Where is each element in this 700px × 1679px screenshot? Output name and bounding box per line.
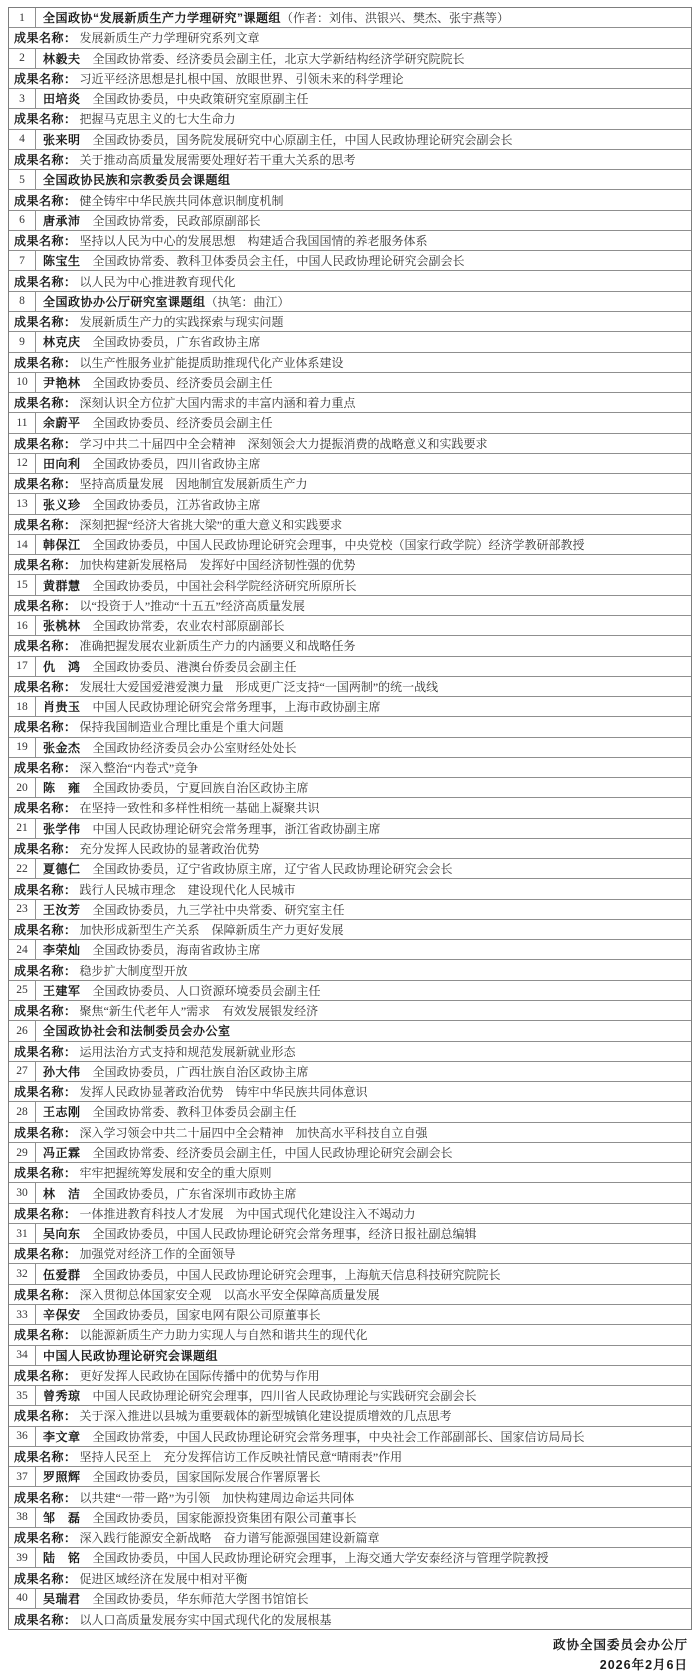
entry-result-row: 成果名称：更好发挥人民政协在国际传播中的优势与作用 xyxy=(9,1366,691,1386)
result-title: 保持我国制造业合理比重是个重大问题 xyxy=(80,718,284,735)
entry-main-cell: 田向利全国政协委员，四川省政协主席 xyxy=(36,455,261,472)
result-label: 成果名称： xyxy=(14,475,77,492)
entry-header-row: 39 陆 铭全国政协委员，中国人民政协理论研究会理事，上海交通大学安泰经济与管理… xyxy=(9,1548,691,1568)
entry-number: 22 xyxy=(9,859,36,878)
entry-main-cell: 辛保安全国政协委员，国家电网有限公司原董事长 xyxy=(36,1306,321,1323)
entry-number: 2 xyxy=(9,49,36,68)
entry-number: 33 xyxy=(9,1305,36,1324)
entry-result-row: 成果名称：深入贯彻总体国家安全观 以高水平安全保障高质量发展 xyxy=(9,1285,691,1305)
entry-result-row: 成果名称：深刻认识全方位扩大国内需求的丰富内涵和着力重点 xyxy=(9,393,691,413)
entry-name: 伍爱群 xyxy=(43,1266,81,1283)
result-title: 牢牢把握统筹发展和安全的重大原则 xyxy=(80,1164,272,1181)
entry-main-cell: 尹艳林全国政协委员、经济委员会副主任 xyxy=(36,374,273,391)
entry-name: 冯正霖 xyxy=(43,1144,81,1161)
entry-main-cell: 林 洁全国政协委员，广东省深圳市政协主席 xyxy=(36,1185,297,1202)
entry-position: 全国政协委员，海南省政协主席 xyxy=(93,941,261,958)
entry-name: 王汝芳 xyxy=(43,901,81,918)
entry-position: 全国政协常委，中国人民政协理论研究会常务理事，中央社会工作部副部长、国家信访局局… xyxy=(93,1428,585,1445)
result-title: 把握马克思主义的七大生命力 xyxy=(80,110,236,127)
result-label: 成果名称： xyxy=(14,151,77,168)
result-title: 加快构建新发展格局 发挥好中国经济韧性强的优势 xyxy=(80,556,356,573)
entry-result-row: 成果名称：以共建“一带一路”为引领 加快构建周边命运共同体 xyxy=(9,1487,691,1507)
entry-number: 6 xyxy=(9,211,36,230)
entry-main-cell: 中国人民政协理论研究会课题组 xyxy=(36,1347,218,1364)
entry-number: 18 xyxy=(9,697,36,716)
entry-header-row: 36 李文章全国政协常委，中国人民政协理论研究会常务理事，中央社会工作部副部长、… xyxy=(9,1427,691,1447)
entry-header-row: 32 伍爱群全国政协委员，中国人民政协理论研究会理事，上海航天信息科技研究院院长 xyxy=(9,1264,691,1284)
result-label: 成果名称： xyxy=(14,1611,77,1628)
entry-result-row: 成果名称：发展壮大爱国爱港爱澳力量 形成更广泛支持“一国两制”的统一战线 xyxy=(9,677,691,697)
entry-result-row: 成果名称：坚持以人民为中心的发展思想 构建适合我国国情的养老服务体系 xyxy=(9,231,691,251)
entry-header-row: 26 全国政协社会和法制委员会办公室 xyxy=(9,1021,691,1041)
entry-result-row: 成果名称：把握马克思主义的七大生命力 xyxy=(9,109,691,129)
entry-number: 21 xyxy=(9,819,36,838)
entry-number: 10 xyxy=(9,373,36,392)
entry-position: 全国政协委员、经济委员会副主任 xyxy=(93,414,273,431)
entry-number: 28 xyxy=(9,1102,36,1121)
entry-header-row: 4 张来明全国政协委员，国务院发展研究中心原副主任，中国人民政协理论研究会副会长 xyxy=(9,130,691,150)
result-label: 成果名称： xyxy=(14,1326,77,1343)
entry-header-row: 37 罗照辉全国政协委员，国家国际发展合作署原署长 xyxy=(9,1467,691,1487)
entry-name: 张学伟 xyxy=(43,820,81,837)
entry-position: 全国政协委员，中国人民政协理论研究会理事，上海交通大学安泰经济与管理学院教授 xyxy=(93,1549,549,1566)
entry-name: 林克庆 xyxy=(43,333,81,350)
entry-name: 黄群慧 xyxy=(43,577,81,594)
entry-position: 全国政协委员，中国社会科学院经济研究所原所长 xyxy=(93,577,357,594)
entry-number: 20 xyxy=(9,778,36,797)
entry-main-cell: 张桃林全国政协常委，农业农村部原副部长 xyxy=(36,617,285,634)
entry-main-cell: 陈 雍全国政协委员，宁夏回族自治区政协主席 xyxy=(36,779,309,796)
entry-header-row: 9 林克庆全国政协委员，广东省政协主席 xyxy=(9,332,691,352)
entry-position: 全国政协委员，广东省政协主席 xyxy=(93,333,261,350)
entry-result-row: 成果名称：加快构建新发展格局 发挥好中国经济韧性强的优势 xyxy=(9,555,691,575)
entry-main-cell: 张金杰全国政协经济委员会办公室财经处处长 xyxy=(36,739,297,756)
entry-result-row: 成果名称：关于深入推进以县城为重要载体的新型城镇化建设提质增效的几点思考 xyxy=(9,1406,691,1426)
entry-name: 曾秀琼 xyxy=(43,1387,81,1404)
result-title: 加快形成新型生产关系 保障新质生产力更好发展 xyxy=(80,921,344,938)
entry-header-row: 23 王汝芳全国政协委员，九三学社中央常委、研究室主任 xyxy=(9,900,691,920)
result-title: 一体推进教育科技人才发展 为中国式现代化建设注入不竭动力 xyxy=(80,1205,416,1222)
entry-main-cell: 曾秀琼中国人民政协理论研究会理事，四川省人民政协理论与实践研究会副会长 xyxy=(36,1387,477,1404)
entry-header-row: 14 韩保江全国政协委员，中国人民政协理论研究会理事，中央党校（国家行政学院）经… xyxy=(9,535,691,555)
result-label: 成果名称： xyxy=(14,1286,77,1303)
entry-position: 全国政协委员、港澳台侨委员会副主任 xyxy=(93,658,297,675)
entry-position: 全国政协常委、教科卫体委员会主任，中国人民政协理论研究会副会长 xyxy=(93,252,465,269)
entry-result-row: 成果名称：运用法治方式支持和规范发展新就业形态 xyxy=(9,1042,691,1062)
entry-header-row: 34 中国人民政协理论研究会课题组 xyxy=(9,1346,691,1366)
entry-position: 全国政协委员，中国人民政协理论研究会常务理事，经济日报社副总编辑 xyxy=(93,1225,477,1242)
entry-name: 林 洁 xyxy=(43,1185,81,1202)
doc-footer: 政协全国委员会办公厅 2026年2月6日 xyxy=(553,1636,688,1675)
entry-number: 4 xyxy=(9,130,36,149)
entry-name: 林毅夫 xyxy=(43,50,81,67)
result-title: 准确把握发展农业新质生产力的内涵要义和战略任务 xyxy=(80,637,356,654)
result-title: 更好发挥人民政协在国际传播中的优势与作用 xyxy=(80,1367,320,1384)
entry-header-row: 35 曾秀琼中国人民政协理论研究会理事，四川省人民政协理论与实践研究会副会长 xyxy=(9,1386,691,1406)
entry-main-cell: 田培炎全国政协委员，中央政策研究室原副主任 xyxy=(36,90,309,107)
entry-result-row: 成果名称：深入践行能源安全新战略 奋力谱写能源强国建设新篇章 xyxy=(9,1528,691,1548)
entry-number: 7 xyxy=(9,251,36,270)
result-label: 成果名称： xyxy=(14,637,77,654)
entry-result-row: 成果名称：促进区域经济在发展中相对平衡 xyxy=(9,1568,691,1588)
result-label: 成果名称： xyxy=(14,313,77,330)
entry-number: 27 xyxy=(9,1062,36,1081)
result-title: 在坚持一致性和多样性相统一基础上凝聚共识 xyxy=(80,799,320,816)
result-label: 成果名称： xyxy=(14,881,77,898)
entry-result-row: 成果名称：以人口高质量发展夯实中国式现代化的发展根基 xyxy=(9,1609,691,1629)
result-title: 关于推动高质量发展需要处理好若干重大关系的思考 xyxy=(80,151,356,168)
entry-result-row: 成果名称：深刻把握“经济大省挑大梁”的重大意义和实践要求 xyxy=(9,515,691,535)
entry-header-row: 28 王志刚全国政协常委、教科卫体委员会副主任 xyxy=(9,1102,691,1122)
entry-header-row: 15 黄群慧全国政协委员，中国社会科学院经济研究所原所长 xyxy=(9,575,691,595)
entry-result-row: 成果名称：聚焦“新生代老年人”需求 有效发展银发经济 xyxy=(9,1001,691,1021)
entry-header-row: 18 肖贵玉中国人民政协理论研究会常务理事，上海市政协副主席 xyxy=(9,697,691,717)
entry-position: 全国政协委员，广东省深圳市政协主席 xyxy=(93,1185,297,1202)
result-label: 成果名称： xyxy=(14,435,77,452)
entry-result-row: 成果名称：坚持人民至上 充分发挥信访工作反映社情民意“晴雨表”作用 xyxy=(9,1447,691,1467)
entry-header-row: 8 全国政协办公厅研究室课题组（执笔：曲江） xyxy=(9,292,691,312)
entry-number: 34 xyxy=(9,1346,36,1365)
entry-name: 陈宝生 xyxy=(43,252,81,269)
entry-main-cell: 张来明全国政协委员，国务院发展研究中心原副主任，中国人民政协理论研究会副会长 xyxy=(36,131,513,148)
result-label: 成果名称： xyxy=(14,1570,77,1587)
result-label: 成果名称： xyxy=(14,556,77,573)
result-label: 成果名称： xyxy=(14,192,77,209)
entry-name: 张义珍 xyxy=(43,496,81,513)
entry-name: 李荣灿 xyxy=(43,941,81,958)
result-label: 成果名称： xyxy=(14,110,77,127)
entry-number: 15 xyxy=(9,575,36,594)
entry-number: 16 xyxy=(9,616,36,635)
entry-main-cell: 唐承沛全国政协常委，民政部原副部长 xyxy=(36,212,261,229)
entry-number: 19 xyxy=(9,738,36,757)
entry-name: 罗照辉 xyxy=(43,1468,81,1485)
entry-header-row: 31 吴向东全国政协委员，中国人民政协理论研究会常务理事，经济日报社副总编辑 xyxy=(9,1224,691,1244)
result-label: 成果名称： xyxy=(14,921,77,938)
result-title: 深入整治“内卷式”竞争 xyxy=(80,759,199,776)
result-title: 以人民为中心推进教育现代化 xyxy=(80,273,236,290)
entry-name: 夏德仁 xyxy=(43,860,81,877)
entry-position: 全国政协常委、经济委员会副主任，中国人民政协理论研究会副会长 xyxy=(93,1144,453,1161)
entry-name: 全国政协办公厅研究室课题组 xyxy=(43,293,206,310)
entry-header-row: 24 李荣灿全国政协委员，海南省政协主席 xyxy=(9,940,691,960)
entry-number: 25 xyxy=(9,981,36,1000)
result-label: 成果名称： xyxy=(14,354,77,371)
entry-header-row: 25 王建军全国政协委员、人口资源环境委员会副主任 xyxy=(9,981,691,1001)
entry-name: 张金杰 xyxy=(43,739,81,756)
result-label: 成果名称： xyxy=(14,1002,77,1019)
result-title: 深刻把握“经济大省挑大梁”的重大意义和实践要求 xyxy=(80,516,343,533)
result-label: 成果名称： xyxy=(14,516,77,533)
result-title: 健全铸牢中华民族共同体意识制度机制 xyxy=(80,192,284,209)
result-title: 发展新质生产力的实践探索与现实问题 xyxy=(80,313,284,330)
result-label: 成果名称： xyxy=(14,962,77,979)
result-label: 成果名称： xyxy=(14,1529,77,1546)
entry-result-row: 成果名称：一体推进教育科技人才发展 为中国式现代化建设注入不竭动力 xyxy=(9,1204,691,1224)
entry-header-row: 10 尹艳林全国政协委员、经济委员会副主任 xyxy=(9,373,691,393)
result-title: 以人口高质量发展夯实中国式现代化的发展根基 xyxy=(80,1611,332,1628)
result-title: 促进区域经济在发展中相对平衡 xyxy=(80,1570,248,1587)
result-title: 深入践行能源安全新战略 奋力谱写能源强国建设新篇章 xyxy=(80,1529,380,1546)
entry-position: 全国政协常委，农业农村部原副部长 xyxy=(93,617,285,634)
entry-number: 17 xyxy=(9,657,36,676)
entry-main-cell: 孙大伟全国政协委员，广西壮族自治区政协主席 xyxy=(36,1063,309,1080)
entry-number: 13 xyxy=(9,494,36,513)
entry-main-cell: 王汝芳全国政协委员，九三学社中央常委、研究室主任 xyxy=(36,901,345,918)
result-title: 习近平经济思想是扎根中国、放眼世界、引领未来的科学理论 xyxy=(80,70,404,87)
entry-position: 全国政协委员，国务院发展研究中心原副主任，中国人民政协理论研究会副会长 xyxy=(93,131,513,148)
result-title: 坚持以人民为中心的发展思想 构建适合我国国情的养老服务体系 xyxy=(80,232,428,249)
entry-header-row: 13 张义珍全国政协委员，江苏省政协主席 xyxy=(9,494,691,514)
document-page: { "document": { "labels": { "result_labe… xyxy=(0,0,700,1679)
entry-position: 全国政协委员、经济委员会副主任 xyxy=(93,374,273,391)
result-label: 成果名称： xyxy=(14,1489,77,1506)
result-label: 成果名称： xyxy=(14,1164,77,1181)
entry-main-cell: 冯正霖全国政协常委、经济委员会副主任，中国人民政协理论研究会副会长 xyxy=(36,1144,453,1161)
entry-position: 全国政协委员，国家国际发展合作署原署长 xyxy=(93,1468,321,1485)
entry-header-row: 12 田向利全国政协委员，四川省政协主席 xyxy=(9,454,691,474)
result-title: 以共建“一带一路”为引领 加快构建周边命运共同体 xyxy=(80,1489,355,1506)
entry-number: 31 xyxy=(9,1224,36,1243)
entry-number: 37 xyxy=(9,1467,36,1486)
entry-number: 39 xyxy=(9,1548,36,1567)
result-label: 成果名称： xyxy=(14,1043,77,1060)
entry-main-cell: 邹 磊全国政协委员，国家能源投资集团有限公司董事长 xyxy=(36,1509,357,1526)
entry-header-row: 7 陈宝生全国政协常委、教科卫体委员会主任，中国人民政协理论研究会副会长 xyxy=(9,251,691,271)
entry-result-row: 成果名称：牢牢把握统筹发展和安全的重大原则 xyxy=(9,1163,691,1183)
result-label: 成果名称： xyxy=(14,232,77,249)
result-title: 稳步扩大制度型开放 xyxy=(80,962,188,979)
entry-number: 3 xyxy=(9,89,36,108)
entry-main-cell: 吴瑞君全国政协委员，华东师范大学图书馆馆长 xyxy=(36,1590,309,1607)
entry-position: 全国政协委员，四川省政协主席 xyxy=(93,455,261,472)
entry-position: 全国政协委员，国家能源投资集团有限公司董事长 xyxy=(93,1509,357,1526)
result-label: 成果名称： xyxy=(14,759,77,776)
result-label: 成果名称： xyxy=(14,1124,77,1141)
results-table: 1 全国政协“发展新质生产力学理研究”课题组（作者：刘伟、洪银兴、樊杰、张宇燕等… xyxy=(8,7,692,1630)
entry-result-row: 成果名称：发展新质生产力的实践探索与现实问题 xyxy=(9,312,691,332)
entry-name: 王志刚 xyxy=(43,1103,81,1120)
entry-result-row: 成果名称：关于推动高质量发展需要处理好若干重大关系的思考 xyxy=(9,150,691,170)
entry-result-row: 成果名称：以“投资于人”推动“十五五”经济高质量发展 xyxy=(9,596,691,616)
entry-position: 全国政协委员，中央政策研究室原副主任 xyxy=(93,90,309,107)
entry-main-cell: 全国政协民族和宗教委员会课题组 xyxy=(36,171,231,188)
entry-main-cell: 李荣灿全国政协委员，海南省政协主席 xyxy=(36,941,261,958)
entry-main-cell: 吴向东全国政协委员，中国人民政协理论研究会常务理事，经济日报社副总编辑 xyxy=(36,1225,477,1242)
entry-number: 26 xyxy=(9,1021,36,1040)
entry-header-row: 22 夏德仁全国政协委员，辽宁省政协原主席，辽宁省人民政协理论研究会会长 xyxy=(9,859,691,879)
entry-position: 全国政协常委、教科卫体委员会副主任 xyxy=(93,1103,297,1120)
result-label: 成果名称： xyxy=(14,1083,77,1100)
entry-main-cell: 全国政协办公厅研究室课题组（执笔：曲江） xyxy=(36,293,290,310)
entry-position: 全国政协委员，国家电网有限公司原董事长 xyxy=(93,1306,321,1323)
entry-result-row: 成果名称：稳步扩大制度型开放 xyxy=(9,960,691,980)
entry-main-cell: 仇 鸿全国政协委员、港澳台侨委员会副主任 xyxy=(36,658,297,675)
result-title: 聚焦“新生代老年人”需求 有效发展银发经济 xyxy=(80,1002,319,1019)
result-label: 成果名称： xyxy=(14,394,77,411)
result-label: 成果名称： xyxy=(14,840,77,857)
entry-position: 全国政协委员，中国人民政协理论研究会理事，中央党校（国家行政学院）经济学教研部教… xyxy=(93,536,585,553)
entry-name: 孙大伟 xyxy=(43,1063,81,1080)
entry-position: 全国政协委员，江苏省政协主席 xyxy=(93,496,261,513)
entry-position: 全国政协委员，九三学社中央常委、研究室主任 xyxy=(93,901,345,918)
result-title: 发展新质生产力学理研究系列文章 xyxy=(80,29,260,46)
entry-name: 李文章 xyxy=(43,1428,81,1445)
entry-position: 全国政协委员，中国人民政协理论研究会理事，上海航天信息科技研究院院长 xyxy=(93,1266,501,1283)
entry-main-cell: 张义珍全国政协委员，江苏省政协主席 xyxy=(36,496,261,513)
entry-header-row: 16 张桃林全国政协常委，农业农村部原副部长 xyxy=(9,616,691,636)
entry-result-row: 成果名称：充分发挥人民政协的显著政治优势 xyxy=(9,839,691,859)
entry-header-row: 38 邹 磊全国政协委员，国家能源投资集团有限公司董事长 xyxy=(9,1508,691,1528)
entry-main-cell: 黄群慧全国政协委员，中国社会科学院经济研究所原所长 xyxy=(36,577,357,594)
entry-result-row: 成果名称：坚持高质量发展 因地制宜发展新质生产力 xyxy=(9,474,691,494)
entry-number: 35 xyxy=(9,1386,36,1405)
entry-name: 王建军 xyxy=(43,982,81,999)
result-label: 成果名称： xyxy=(14,1205,77,1222)
result-label: 成果名称： xyxy=(14,1367,77,1384)
entry-number: 24 xyxy=(9,940,36,959)
footer-date: 2026年2月6日 xyxy=(553,1656,688,1676)
entry-header-row: 21 张学伟中国人民政协理论研究会常务理事，浙江省政协副主席 xyxy=(9,819,691,839)
entry-result-row: 成果名称：习近平经济思想是扎根中国、放眼世界、引领未来的科学理论 xyxy=(9,69,691,89)
entry-number: 5 xyxy=(9,170,36,189)
entry-name: 余蔚平 xyxy=(43,414,81,431)
result-title: 坚持人民至上 充分发挥信访工作反映社情民意“晴雨表”作用 xyxy=(80,1448,403,1465)
entry-name: 张来明 xyxy=(43,131,81,148)
entry-name: 吴向东 xyxy=(43,1225,81,1242)
entry-position: 全国政协委员，辽宁省政协原主席，辽宁省人民政协理论研究会会长 xyxy=(93,860,453,877)
entry-position: 全国政协委员，华东师范大学图书馆馆长 xyxy=(93,1590,309,1607)
entry-name: 吴瑞君 xyxy=(43,1590,81,1607)
entry-number: 14 xyxy=(9,535,36,554)
entry-name: 陈 雍 xyxy=(43,779,81,796)
entry-result-row: 成果名称：以能源新质生产力助力实现人与自然和谐共生的现代化 xyxy=(9,1325,691,1345)
entry-position: 全国政协委员，宁夏回族自治区政协主席 xyxy=(93,779,309,796)
result-label: 成果名称： xyxy=(14,597,77,614)
entry-position: 中国人民政协理论研究会常务理事，浙江省政协副主席 xyxy=(93,820,381,837)
entry-header-row: 3 田培炎全国政协委员，中央政策研究室原副主任 xyxy=(9,89,691,109)
entry-number: 38 xyxy=(9,1508,36,1527)
entry-header-row: 19 张金杰全国政协经济委员会办公室财经处处长 xyxy=(9,738,691,758)
entry-name: 肖贵玉 xyxy=(43,698,81,715)
entry-number: 29 xyxy=(9,1143,36,1162)
entry-main-cell: 张学伟中国人民政协理论研究会常务理事，浙江省政协副主席 xyxy=(36,820,381,837)
entry-main-cell: 陆 铭全国政协委员，中国人民政协理论研究会理事，上海交通大学安泰经济与管理学院教… xyxy=(36,1549,549,1566)
entry-name: 辛保安 xyxy=(43,1306,81,1323)
result-label: 成果名称： xyxy=(14,273,77,290)
entry-header-row: 2 林毅夫全国政协常委、经济委员会副主任，北京大学新结构经济学研究院院长 xyxy=(9,49,691,69)
entry-header-row: 29 冯正霖全国政协常委、经济委员会副主任，中国人民政协理论研究会副会长 xyxy=(9,1143,691,1163)
entry-number: 12 xyxy=(9,454,36,473)
entry-result-row: 成果名称：准确把握发展农业新质生产力的内涵要义和战略任务 xyxy=(9,636,691,656)
entry-position: 中国人民政协理论研究会常务理事，上海市政协副主席 xyxy=(93,698,381,715)
entry-header-row: 20 陈 雍全国政协委员，宁夏回族自治区政协主席 xyxy=(9,778,691,798)
entry-result-row: 成果名称：健全铸牢中华民族共同体意识制度机制 xyxy=(9,190,691,210)
entry-main-cell: 陈宝生全国政协常委、教科卫体委员会主任，中国人民政协理论研究会副会长 xyxy=(36,252,465,269)
entry-number: 9 xyxy=(9,332,36,351)
result-title: 深刻认识全方位扩大国内需求的丰富内涵和着力重点 xyxy=(80,394,356,411)
entry-main-cell: 全国政协社会和法制委员会办公室 xyxy=(36,1022,231,1039)
entry-position: 全国政协常委，民政部原副部长 xyxy=(93,212,261,229)
result-label: 成果名称： xyxy=(14,29,77,46)
entry-result-row: 成果名称：在坚持一致性和多样性相统一基础上凝聚共识 xyxy=(9,798,691,818)
entry-name: 全国政协社会和法制委员会办公室 xyxy=(43,1022,231,1039)
entry-result-row: 成果名称：学习中共二十届四中全会精神 深刻领会大力提振消费的战略意义和实践要求 xyxy=(9,434,691,454)
entry-number: 1 xyxy=(9,8,36,27)
entry-result-row: 成果名称：保持我国制造业合理比重是个重大问题 xyxy=(9,717,691,737)
entry-result-row: 成果名称：发挥人民政协显著政治优势 铸牢中华民族共同体意识 xyxy=(9,1082,691,1102)
entry-header-row: 40 吴瑞君全国政协委员，华东师范大学图书馆馆长 xyxy=(9,1589,691,1609)
entry-main-cell: 肖贵玉中国人民政协理论研究会常务理事，上海市政协副主席 xyxy=(36,698,381,715)
entry-number: 23 xyxy=(9,900,36,919)
entry-number: 40 xyxy=(9,1589,36,1608)
entry-main-cell: 伍爱群全国政协委员，中国人民政协理论研究会理事，上海航天信息科技研究院院长 xyxy=(36,1266,501,1283)
entry-header-row: 11 余蔚平全国政协委员、经济委员会副主任 xyxy=(9,413,691,433)
entry-name: 田向利 xyxy=(43,455,81,472)
entry-name: 全国政协民族和宗教委员会课题组 xyxy=(43,171,231,188)
result-title: 深入学习领会中共二十届四中全会精神 加快高水平科技自立自强 xyxy=(80,1124,428,1141)
entry-name: 尹艳林 xyxy=(43,374,81,391)
result-title: 深入贯彻总体国家安全观 以高水平安全保障高质量发展 xyxy=(80,1286,380,1303)
result-label: 成果名称： xyxy=(14,1407,77,1424)
entry-result-row: 成果名称：发展新质生产力学理研究系列文章 xyxy=(9,28,691,48)
entry-position: 中国人民政协理论研究会理事，四川省人民政协理论与实践研究会副会长 xyxy=(93,1387,477,1404)
entry-name: 唐承沛 xyxy=(43,212,81,229)
result-title: 学习中共二十届四中全会精神 深刻领会大力提振消费的战略意义和实践要求 xyxy=(80,435,488,452)
entry-name: 韩保江 xyxy=(43,536,81,553)
entry-header-row: 33 辛保安全国政协委员，国家电网有限公司原董事长 xyxy=(9,1305,691,1325)
entry-result-row: 成果名称：深入学习领会中共二十届四中全会精神 加快高水平科技自立自强 xyxy=(9,1123,691,1143)
entry-main-cell: 余蔚平全国政协委员、经济委员会副主任 xyxy=(36,414,273,431)
result-title: 践行人民城市理念 建设现代化人民城市 xyxy=(80,881,296,898)
entry-header-row: 27 孙大伟全国政协委员，广西壮族自治区政协主席 xyxy=(9,1062,691,1082)
entry-main-cell: 李文章全国政协常委，中国人民政协理论研究会常务理事，中央社会工作部副部长、国家信… xyxy=(36,1428,585,1445)
entry-number: 32 xyxy=(9,1264,36,1283)
result-label: 成果名称： xyxy=(14,1245,77,1262)
entry-name: 仇 鸿 xyxy=(43,658,81,675)
entry-name: 中国人民政协理论研究会课题组 xyxy=(43,1347,218,1364)
result-label: 成果名称： xyxy=(14,678,77,695)
entry-header-row: 6 唐承沛全国政协常委，民政部原副部长 xyxy=(9,211,691,231)
entry-result-row: 成果名称：以生产性服务业扩能提质助推现代化产业体系建设 xyxy=(9,353,691,373)
result-title: 以“投资于人”推动“十五五”经济高质量发展 xyxy=(80,597,305,614)
entry-position: 全国政协经济委员会办公室财经处处长 xyxy=(93,739,297,756)
entry-number: 36 xyxy=(9,1427,36,1446)
result-label: 成果名称： xyxy=(14,799,77,816)
footer-org: 政协全国委员会办公厅 xyxy=(553,1636,688,1656)
entry-main-cell: 全国政协“发展新质生产力学理研究”课题组（作者：刘伟、洪银兴、樊杰、张宇燕等） xyxy=(36,9,509,26)
entry-header-row: 1 全国政协“发展新质生产力学理研究”课题组（作者：刘伟、洪银兴、樊杰、张宇燕等… xyxy=(9,8,691,28)
entry-number: 30 xyxy=(9,1183,36,1202)
result-title: 关于深入推进以县城为重要载体的新型城镇化建设提质增效的几点思考 xyxy=(80,1407,452,1424)
entry-result-row: 成果名称：加快形成新型生产关系 保障新质生产力更好发展 xyxy=(9,920,691,940)
entry-result-row: 成果名称：践行人民城市理念 建设现代化人民城市 xyxy=(9,879,691,899)
result-title: 以生产性服务业扩能提质助推现代化产业体系建设 xyxy=(80,354,344,371)
entry-suffix: （执笔：曲江） xyxy=(206,293,290,310)
result-title: 发挥人民政协显著政治优势 铸牢中华民族共同体意识 xyxy=(80,1083,368,1100)
entry-name: 陆 铭 xyxy=(43,1549,81,1566)
entry-name: 田培炎 xyxy=(43,90,81,107)
entry-suffix: （作者：刘伟、洪银兴、樊杰、张宇燕等） xyxy=(281,9,509,26)
result-title: 充分发挥人民政协的显著政治优势 xyxy=(80,840,260,857)
result-title: 坚持高质量发展 因地制宜发展新质生产力 xyxy=(80,475,308,492)
entry-name: 全国政协“发展新质生产力学理研究”课题组 xyxy=(43,9,281,26)
entry-result-row: 成果名称：深入整治“内卷式”竞争 xyxy=(9,758,691,778)
result-title: 以能源新质生产力助力实现人与自然和谐共生的现代化 xyxy=(80,1326,368,1343)
entry-number: 8 xyxy=(9,292,36,311)
entry-main-cell: 林克庆全国政协委员，广东省政协主席 xyxy=(36,333,261,350)
entry-main-cell: 韩保江全国政协委员，中国人民政协理论研究会理事，中央党校（国家行政学院）经济学教… xyxy=(36,536,585,553)
